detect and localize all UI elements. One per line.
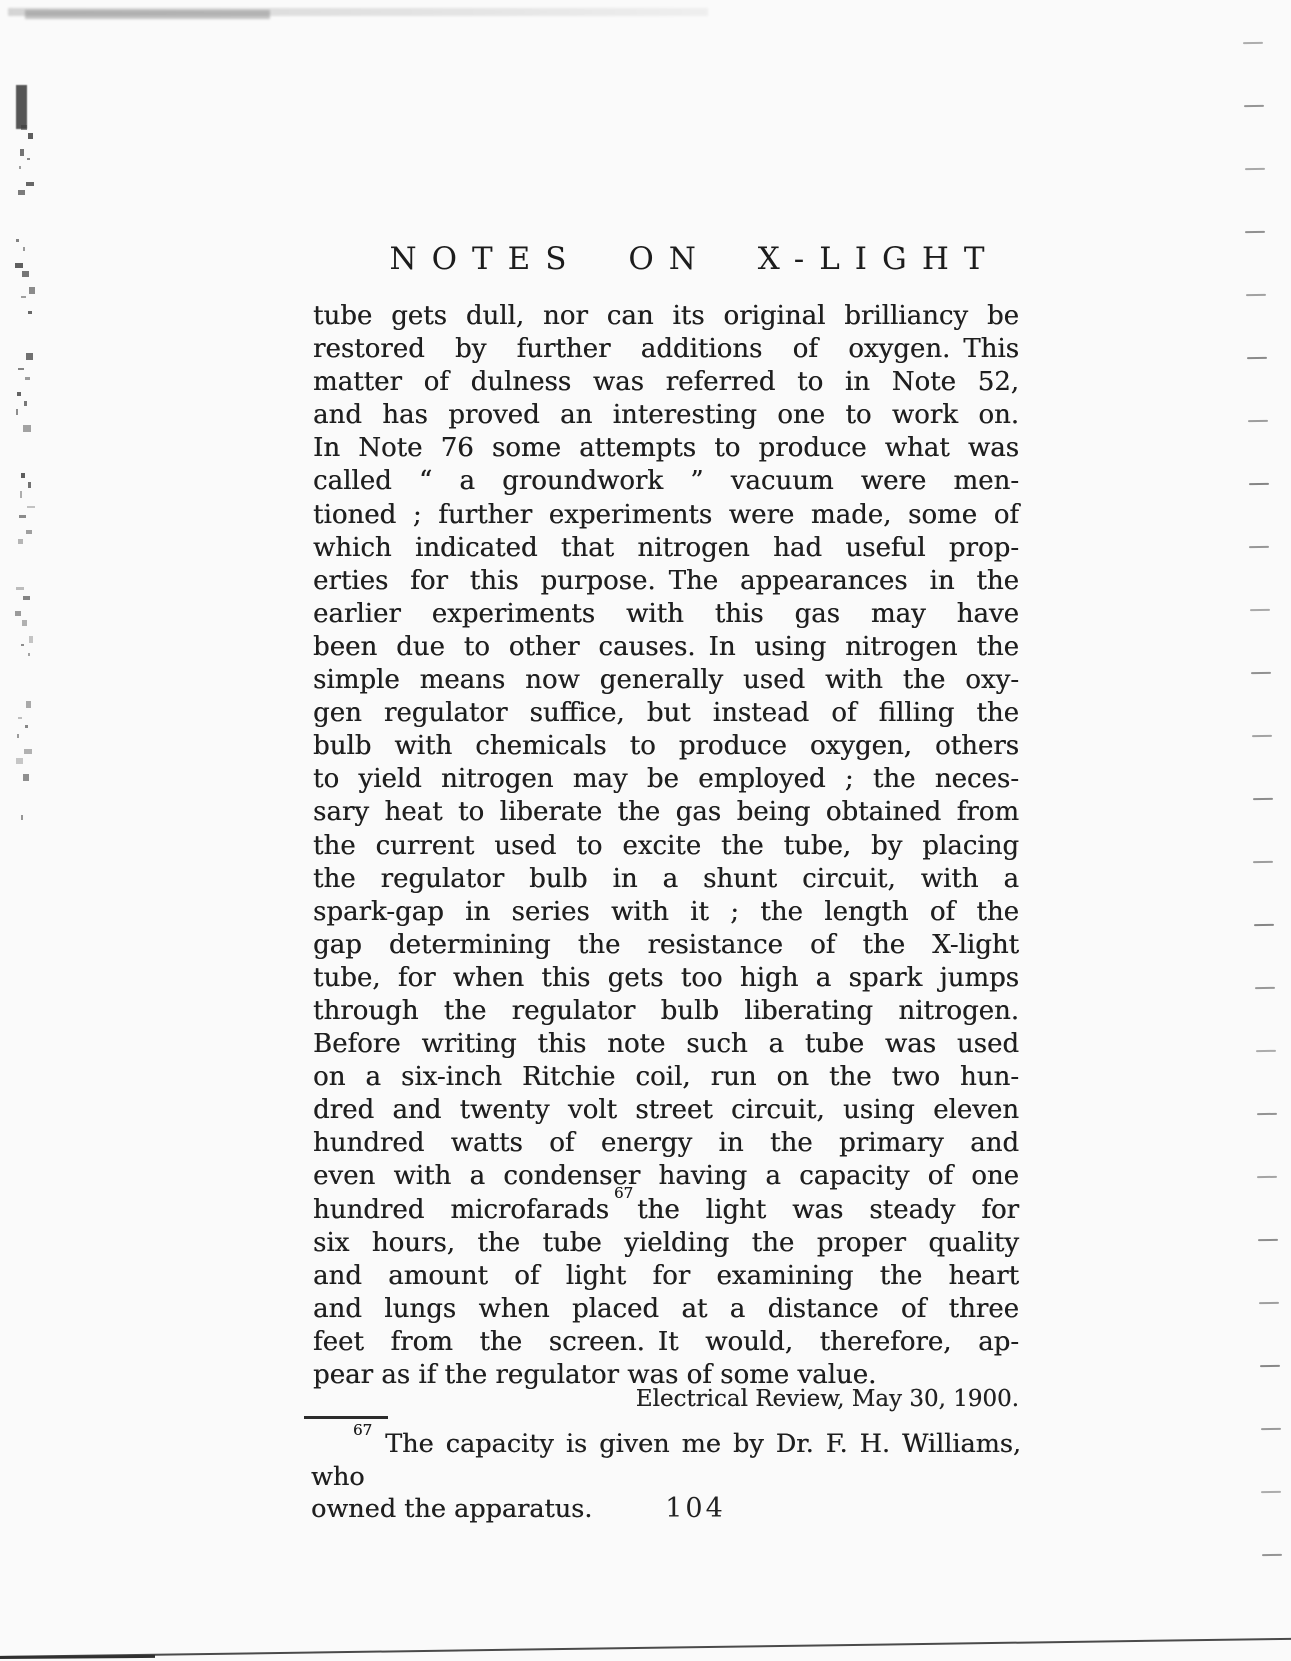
scan-margin-dash	[1243, 42, 1263, 44]
body-line: and lungs when placed at a distance of t…	[313, 1293, 1019, 1326]
body-line: the regulator bulb in a shunt circuit, w…	[313, 863, 1019, 896]
body-line: the current used to excite the tube, by …	[313, 830, 1019, 863]
body-line: on a six-inch Ritchie coil, run on the t…	[313, 1061, 1019, 1094]
scan-margin-dash	[1255, 987, 1275, 989]
scan-edge-speck	[29, 287, 35, 294]
body-line: gen regulator suffice, but instead of fi…	[313, 697, 1019, 730]
scan-edge-speck	[23, 425, 31, 432]
scan-edge-speck	[21, 125, 27, 130]
scan-edge-speck	[23, 596, 30, 600]
scan-edge-speck	[24, 401, 27, 406]
body-line: and has proved an interesting one to wor…	[313, 399, 1019, 432]
scan-edge-speck	[17, 734, 19, 738]
scan-speck-cluster	[16, 85, 27, 129]
body-line: and amount of light for examining the he…	[313, 1260, 1019, 1293]
scan-edge-speck	[28, 133, 33, 139]
scan-margin-dash	[1249, 483, 1269, 485]
scan-bottom-edge-line	[0, 1638, 1291, 1658]
scan-edge-speck	[15, 263, 23, 268]
body-line: tube gets dull, nor can its original bri…	[313, 300, 1019, 333]
body-line: which indicated that nitrogen had useful…	[313, 532, 1019, 565]
scan-edge-speck	[28, 653, 30, 656]
scan-edge-speck	[21, 473, 25, 478]
scan-edge-speck	[26, 353, 33, 360]
footnote-reference: 67	[614, 1184, 633, 1202]
scan-bottom-edge-line-dark	[0, 1655, 155, 1659]
scan-margin-dash	[1260, 1365, 1280, 1367]
body-line: bulb with chemicals to produce oxygen, o…	[313, 730, 1019, 763]
footnote-line-1: 67The capacity is given me by Dr. F. H. …	[311, 1428, 1021, 1493]
scan-margin-dash	[1248, 420, 1268, 422]
scan-edge-speck	[28, 482, 31, 488]
body-line: feet from the screen. It would, therefor…	[313, 1326, 1019, 1359]
scan-edge-speck	[22, 620, 27, 626]
scan-edge-speck	[29, 636, 33, 643]
body-line: simple means now generally used with the…	[313, 664, 1019, 697]
scan-margin-dash	[1245, 168, 1265, 170]
scan-edge-speck	[26, 530, 32, 534]
page-number: 104	[50, 1493, 1291, 1524]
scan-edge-speck	[21, 296, 26, 298]
scan-margin-dash	[1257, 1113, 1277, 1115]
body-line: spark-gap in series with it ; the length…	[313, 896, 1019, 929]
body-line: tioned ; further experiments were made, …	[313, 499, 1019, 532]
scan-margin-dash	[1256, 1050, 1276, 1052]
footnote-rule	[304, 1416, 388, 1419]
scan-margin-dash	[1257, 1176, 1277, 1178]
scan-edge-speck	[23, 774, 29, 781]
scan-margin-dash	[1252, 735, 1272, 737]
scan-edge-speck	[26, 701, 31, 708]
body-line: sary heat to liberate the gas being obta…	[313, 796, 1019, 829]
scan-edge-speck	[22, 271, 29, 277]
scan-margin-dash	[1245, 231, 1265, 233]
scan-margin-dash	[1249, 546, 1269, 548]
body-line: been due to other causes. In using nitro…	[313, 631, 1019, 664]
scan-margin-dash	[1261, 1428, 1281, 1430]
scan-smudge-top-dark	[25, 10, 270, 19]
scan-edge-speck	[23, 247, 25, 251]
scan-margin-dash	[1258, 1239, 1278, 1241]
scan-edge-speck	[25, 377, 30, 380]
scan-edge-speck	[21, 815, 23, 820]
footnote-text: The capacity is given me by Dr. F. H. Wi…	[311, 1429, 1021, 1492]
body-text: tube gets dull, nor can its original bri…	[313, 300, 1019, 1392]
scan-margin-dash	[1251, 672, 1271, 674]
scan-margin-dash	[1253, 798, 1273, 800]
scan-margin-dash	[1261, 1491, 1281, 1493]
scan-margin-dash	[1244, 105, 1264, 107]
body-line: called “ a groundwork ” vacuum were men-	[313, 465, 1019, 498]
scan-edge-speck	[16, 239, 19, 242]
scan-edge-speck	[21, 644, 24, 646]
scan-edge-speck	[18, 190, 25, 195]
body-line: gap determining the resistance of the X-…	[313, 929, 1019, 962]
scan-margin-dash	[1250, 609, 1270, 611]
scan-edge-speck	[16, 409, 18, 415]
scan-margin-dash	[1254, 924, 1274, 926]
body-line: erties for this purpose. The appearances…	[313, 565, 1019, 598]
body-line: matter of dulness was referred to in Not…	[313, 366, 1019, 399]
scan-margin-dash	[1253, 861, 1273, 863]
body-line: restored by further additions of oxygen.…	[313, 333, 1019, 366]
body-line: hundred microfarads67the light was stead…	[313, 1194, 1019, 1227]
body-line: dred and twenty volt street circuit, usi…	[313, 1094, 1019, 1127]
body-line: six hours, the tube yielding the proper …	[313, 1227, 1019, 1260]
scan-edge-speck	[16, 758, 23, 764]
scan-margin-dash	[1262, 1554, 1282, 1556]
body-line: Before writing this note such a tube was…	[313, 1028, 1019, 1061]
scan-edge-speck	[19, 166, 21, 169]
scan-edge-speck	[18, 539, 23, 544]
book-page: NOTES ON X-LIGHT tube gets dull, nor can…	[0, 0, 1291, 1661]
body-line: to yield nitrogen may be employed ; the …	[313, 763, 1019, 796]
scan-margin-dash	[1247, 357, 1267, 359]
attribution: Electrical Review, May 30, 1900.	[313, 1386, 1019, 1412]
body-line: tube, for when this gets too high a spar…	[313, 962, 1019, 995]
scan-edge-speck	[18, 368, 24, 370]
scan-edge-speck	[20, 491, 22, 498]
body-line: even with a condenser having a capacity …	[313, 1160, 1019, 1193]
body-line: In Note 76 some attempts to produce what…	[313, 432, 1019, 465]
body-line: earlier experiments with this gas may ha…	[313, 598, 1019, 631]
scan-edge-speck	[26, 182, 34, 186]
scan-edge-speck	[18, 717, 22, 719]
scan-margin-dash	[1259, 1302, 1279, 1304]
scan-margin-dash	[1246, 294, 1266, 296]
scan-edge-speck	[20, 149, 24, 156]
scan-edge-speck	[27, 158, 30, 160]
scan-edge-speck	[16, 587, 24, 590]
body-line: through the regulator bulb liberating ni…	[313, 995, 1019, 1028]
scan-edge-speck	[27, 506, 35, 508]
scan-edge-speck	[17, 392, 21, 396]
scan-edge-speck	[28, 311, 32, 314]
page-title: NOTES ON X-LIGHT	[49, 242, 1291, 276]
body-line: hundred watts of energy in the primary a…	[313, 1127, 1019, 1160]
scan-edge-speck	[19, 515, 26, 518]
scan-edge-speck	[25, 725, 28, 728]
footnote-marker: 67	[353, 1421, 372, 1439]
scan-edge-speck	[15, 611, 21, 616]
scan-edge-speck	[24, 749, 32, 754]
